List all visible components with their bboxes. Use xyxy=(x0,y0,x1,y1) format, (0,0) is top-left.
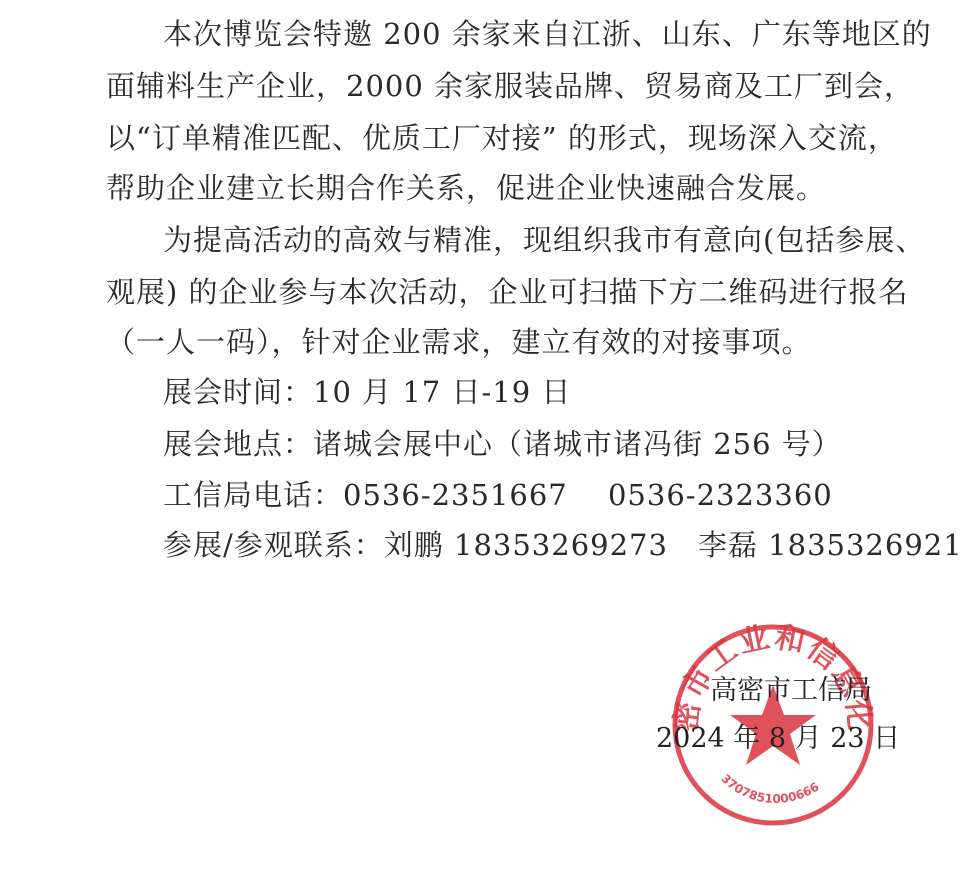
bureau-phone: 工信局电话：0536-2351667 0536-2323360 xyxy=(163,475,833,515)
document-page: 本次博览会特邀 200 余家来自江浙、山东、广东等地区的 面辅料生产企业，200… xyxy=(0,0,960,894)
paragraph-1-line-4: 帮助企业建立长期合作关系，促进企业快速融合发展。 xyxy=(106,168,826,208)
issue-date: 2024 年 8 月 23 日 xyxy=(656,722,900,756)
paragraph-1-line-1: 本次博览会特邀 200 余家来自江浙、山东、广东等地区的 xyxy=(163,14,932,54)
svg-text:3707851000666: 3707851000666 xyxy=(718,771,821,806)
event-location: 展会地点：诸城会展中心（诸城市诸冯街 256 号） xyxy=(163,424,842,464)
event-time: 展会时间：10 月 17 日-19 日 xyxy=(163,372,571,412)
contact-persons: 参展/参观联系：刘鹏 18353269273 李磊 18353269210 xyxy=(163,525,960,565)
paragraph-1-line-2: 面辅料生产企业，2000 余家服装品牌、贸易商及工厂到会， xyxy=(106,66,914,106)
issuer-name: 高密市工信局 xyxy=(710,674,872,708)
seal-code: 3707851000666 xyxy=(718,771,821,806)
paragraph-2-line-3: （一人一码），针对企业需求，建立有效的对接事项。 xyxy=(106,322,812,362)
paragraph-2-line-1: 为提高活动的高效与精准，现组织我市有意向(包括参展、 xyxy=(163,220,925,260)
paragraph-1-line-3: 以“订单精准匹配、优质工厂对接” 的形式，现场深入交流， xyxy=(106,118,898,158)
paragraph-2-line-2: 观展) 的企业参与本次活动，企业可扫描下方二维码进行报名 xyxy=(106,272,909,312)
